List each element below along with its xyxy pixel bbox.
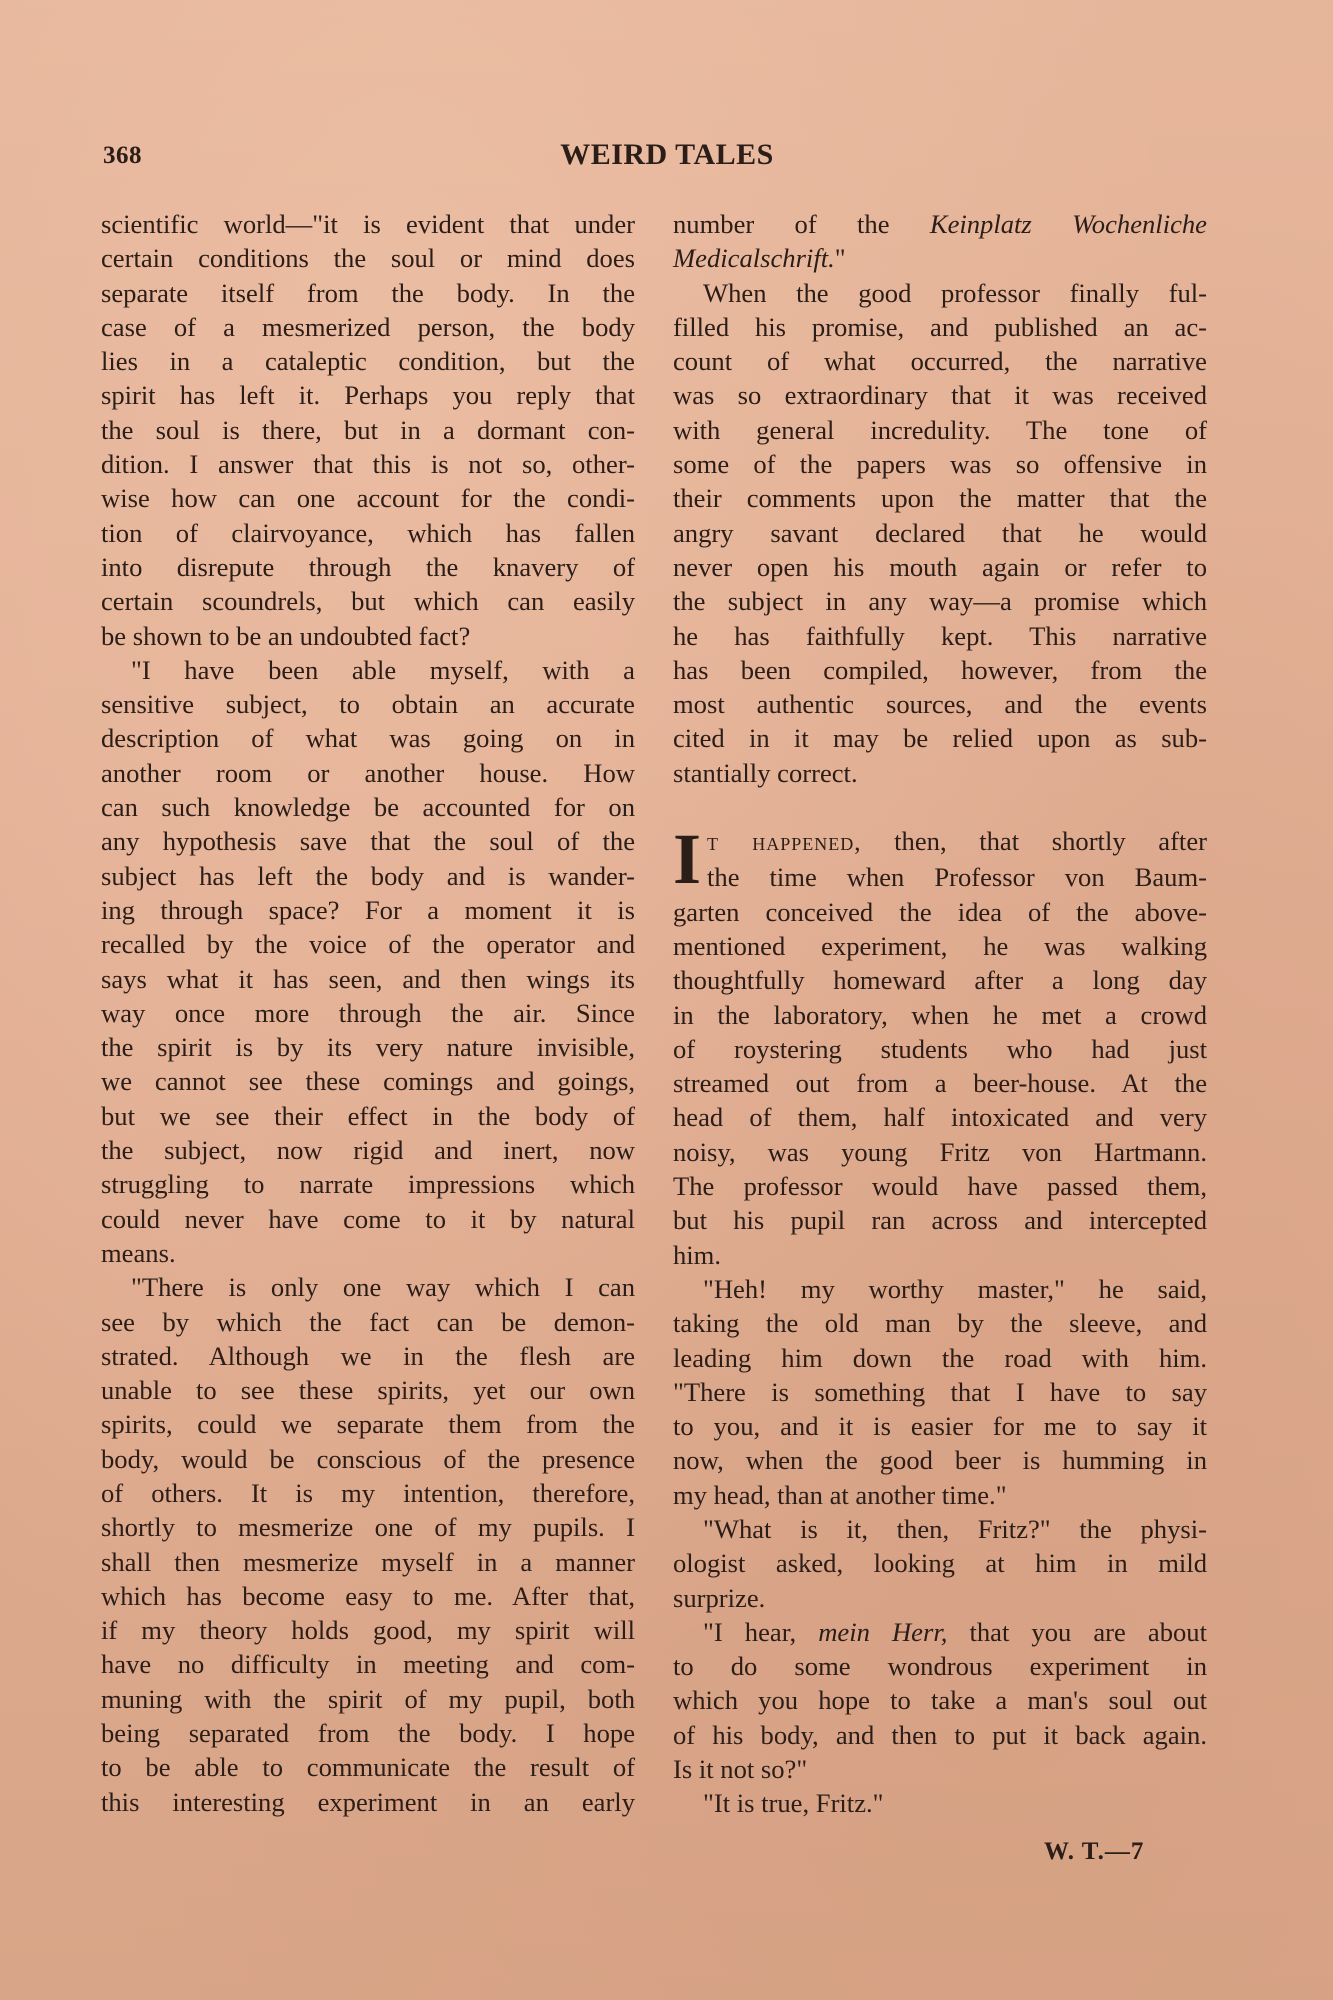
text-line: in the laboratory, when he met a crowd — [673, 998, 1207, 1032]
text-line: have no difficulty in meeting and com- — [101, 1647, 635, 1681]
text-line: says what it has seen, and then wings it… — [101, 962, 635, 996]
text-span: "I hear, — [703, 1617, 818, 1647]
italic-phrase: mein Herr, — [818, 1617, 947, 1647]
text-line: was so extraordinary that it was receive… — [673, 378, 1207, 412]
text-line: of his body, and then to put it back aga… — [673, 1718, 1207, 1752]
text-line: ing through space? For a moment it is — [101, 893, 635, 927]
text-line: scientific world—"it is evident that und… — [101, 207, 635, 241]
text-line: stantially correct. — [673, 756, 1207, 790]
text-line: their comments upon the matter that the — [673, 481, 1207, 515]
text-line: the soul is there, but in a dormant con- — [101, 413, 635, 447]
paragraph-sensitive-subject: "I have been able myself, with a sensiti… — [101, 653, 635, 1270]
text-line: him. — [673, 1238, 1207, 1272]
text-line: Is it not so?" — [673, 1752, 1207, 1786]
text-line: the subject in any way—a promise which — [673, 584, 1207, 618]
running-head: 368 WEIRD TALES — [103, 138, 1211, 178]
paragraph-it-is-true: "It is true, Fritz." — [673, 1786, 1207, 1820]
text-line: angry savant declared that he would — [673, 516, 1207, 550]
text-line: "What is it, then, Fritz?" the physi- — [673, 1512, 1207, 1546]
paragraph-section-opening: I t happened, then, that shortly after t… — [673, 824, 1207, 1272]
text-line: case of a mesmerized person, the body — [101, 310, 635, 344]
text-line: see by which the fact can be demon- — [101, 1305, 635, 1339]
text-line: of others. It is my intention, therefore… — [101, 1476, 635, 1510]
text-line: filled his promise, and published an ac- — [673, 310, 1207, 344]
text-line: shall then mesmerize myself in a manner — [101, 1545, 635, 1579]
journal-name-italic: Medicalschrift. — [673, 243, 835, 273]
signature-mark: W. T.—7 — [1044, 1838, 1144, 1866]
text-line: strated. Although we in the flesh are — [101, 1339, 635, 1373]
text-line: dition. I answer that this is not so, ot… — [101, 447, 635, 481]
magazine-title: WEIRD TALES — [103, 138, 1211, 172]
paragraph-professor-promise: When the good professor finally ful- fil… — [673, 276, 1207, 790]
text-line: streamed out from a beer-house. At the — [673, 1066, 1207, 1100]
text-line: which has become easy to me. After that, — [101, 1579, 635, 1613]
text-line: another room or another house. How — [101, 756, 635, 790]
text-span: then, that shortly after — [862, 826, 1207, 856]
text-line: my head, than at another time." — [673, 1478, 1207, 1512]
text-line: the time when Professor von Baum- — [673, 860, 1207, 894]
paragraph-what-is-it: "What is it, then, Fritz?" the physi- ol… — [673, 1512, 1207, 1615]
drop-cap: I — [673, 830, 701, 888]
small-caps-lead: t happened, — [707, 829, 862, 856]
text-line: can such knowledge be accounted for on — [101, 790, 635, 824]
text-line: with general incredulity. The tone of — [673, 413, 1207, 447]
text-line: lies in a cataleptic condition, but the — [101, 344, 635, 378]
text-line: separate itself from the body. In the — [101, 276, 635, 310]
text-line: cited in it may be relied upon as sub- — [673, 721, 1207, 755]
text-span: number of the — [673, 209, 930, 239]
text-line: which you hope to take a man's soul out — [673, 1683, 1207, 1717]
text-line: The professor would have passed them, — [673, 1169, 1207, 1203]
text-line: number of the Keinplatz Wochenliche — [673, 207, 1207, 241]
text-line: the spirit is by its very nature invisib… — [101, 1030, 635, 1064]
text-line: subject has left the body and is wander- — [101, 859, 635, 893]
text-line: ologist asked, looking at him in mild — [673, 1546, 1207, 1580]
text-line: garten conceived the idea of the above- — [673, 895, 1207, 929]
text-line: certain scoundrels, but which can easily — [101, 584, 635, 618]
paragraph-i-hear: "I hear, mein Herr, that you are about t… — [673, 1615, 1207, 1786]
magazine-page: 368 WEIRD TALES scientific world—"it is … — [0, 0, 1333, 2000]
text-line: spirits, could we separate them from the — [101, 1407, 635, 1441]
section-break — [673, 790, 1207, 824]
text-line: "I hear, mein Herr, that you are about — [673, 1615, 1207, 1649]
text-line: but his pupil ran across and intercepted — [673, 1203, 1207, 1237]
text-line: tion of clairvoyance, which has fallen — [101, 516, 635, 550]
text-span: that you are about — [947, 1617, 1207, 1647]
text-line: When the good professor finally ful- — [673, 276, 1207, 310]
text-line: body, would be conscious of the presence — [101, 1442, 635, 1476]
paragraph-soul-separation: scientific world—"it is evident that und… — [101, 207, 635, 653]
text-line: we cannot see these comings and goings, — [101, 1064, 635, 1098]
text-line: description of what was going on in — [101, 721, 635, 755]
text-line: Medicalschrift." — [673, 241, 1207, 275]
text-line: noisy, was young Fritz von Hartmann. — [673, 1135, 1207, 1169]
text-line: the subject, now rigid and inert, now — [101, 1133, 635, 1167]
text-line: of roystering students who had just — [673, 1032, 1207, 1066]
paragraph-continuation: number of the Keinplatz Wochenliche Medi… — [673, 207, 1207, 276]
text-line: but we see their effect in the body of — [101, 1099, 635, 1133]
text-line: could never have come to it by natural — [101, 1202, 635, 1236]
text-line: if my theory holds good, my spirit will — [101, 1613, 635, 1647]
text-line: he has faithfully kept. This narrative — [673, 619, 1207, 653]
text-line: taking the old man by the sleeve, and — [673, 1306, 1207, 1340]
text-line: count of what occurred, the narrative — [673, 344, 1207, 378]
text-line: leading him down the road with him. — [673, 1341, 1207, 1375]
text-line: "There is only one way which I can — [101, 1270, 635, 1304]
text-line: "It is true, Fritz." — [673, 1786, 1207, 1820]
text-line: unable to see these spirits, yet our own — [101, 1373, 635, 1407]
left-column: scientific world—"it is evident that und… — [101, 207, 635, 1819]
text-line: shortly to mesmerize one of my pupils. I — [101, 1510, 635, 1544]
text-line: now, when the good beer is humming in — [673, 1443, 1207, 1477]
text-line: way once more through the air. Since — [101, 996, 635, 1030]
text-line: spirit has left it. Perhaps you reply th… — [101, 378, 635, 412]
text-line: thoughtfully homeward after a long day — [673, 963, 1207, 997]
text-line: surprize. — [673, 1581, 1207, 1615]
text-line: be shown to be an undoubted fact? — [101, 619, 635, 653]
text-line: to you, and it is easier for me to say i… — [673, 1409, 1207, 1443]
text-line: mentioned experiment, he was walking — [673, 929, 1207, 963]
text-line: head of them, half intoxicated and very — [673, 1100, 1207, 1134]
text-line: any hypothesis save that the soul of the — [101, 824, 635, 858]
paragraph-one-way: "There is only one way which I can see b… — [101, 1270, 635, 1819]
text-line: most authentic sources, and the events — [673, 687, 1207, 721]
text-line: struggling to narrate impressions which — [101, 1167, 635, 1201]
right-column: number of the Keinplatz Wochenliche Medi… — [673, 207, 1207, 1821]
journal-name-italic: Keinplatz Wochenliche — [930, 209, 1207, 239]
text-line: never open his mouth again or refer to — [673, 550, 1207, 584]
text-span: " — [835, 243, 846, 273]
text-line: means. — [101, 1236, 635, 1270]
text-line: being separated from the body. I hope — [101, 1716, 635, 1750]
text-line: muning with the spirit of my pupil, both — [101, 1682, 635, 1716]
text-line: to be able to communicate the result of — [101, 1750, 635, 1784]
text-line: this interesting experiment in an early — [101, 1785, 635, 1819]
text-line: recalled by the voice of the operator an… — [101, 927, 635, 961]
text-line: "Heh! my worthy master," he said, — [673, 1272, 1207, 1306]
text-line: sensitive subject, to obtain an accurate — [101, 687, 635, 721]
paragraph-heh-master: "Heh! my worthy master," he said, taking… — [673, 1272, 1207, 1512]
text-line: t happened, then, that shortly after — [673, 824, 1207, 860]
text-line: "There is something that I have to say — [673, 1375, 1207, 1409]
text-line: into disrepute through the knavery of — [101, 550, 635, 584]
text-line: "I have been able myself, with a — [101, 653, 635, 687]
text-line: has been compiled, however, from the — [673, 653, 1207, 687]
text-line: certain conditions the soul or mind does — [101, 241, 635, 275]
text-line: to do some wondrous experiment in — [673, 1649, 1207, 1683]
text-line: some of the papers was so offensive in — [673, 447, 1207, 481]
text-line: wise how can one account for the condi- — [101, 481, 635, 515]
